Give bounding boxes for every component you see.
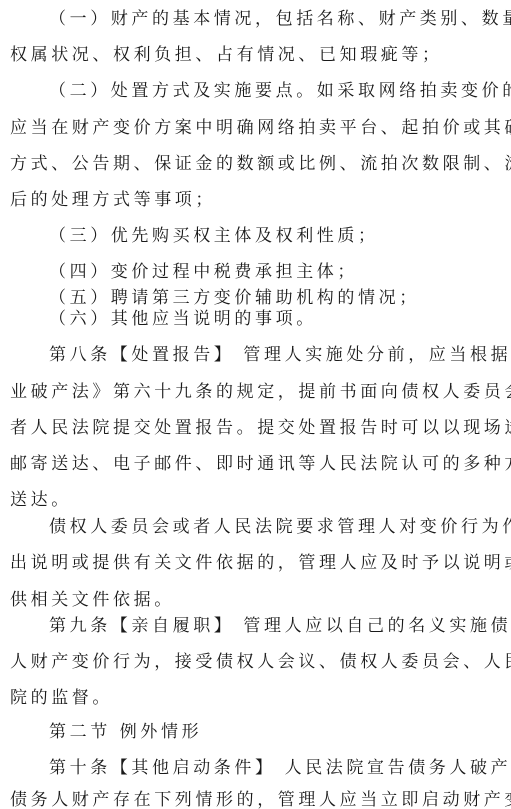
text-line: 应当在财产变价方案中明确网络拍卖平台、起拍价或其确定 xyxy=(10,118,511,138)
text-line: 供相关文件依据。 xyxy=(10,590,175,610)
text-line: 后的处理方式等事项； xyxy=(10,190,216,210)
list-item-3: （三）优先购买权主体及权利性质； xyxy=(49,226,379,246)
article-9-heading: 第九条【亲自履职】 管理人应以自己的名义实施债务 xyxy=(49,616,511,636)
text-line: 权属状况、权利负担、占有情况、已知瑕疵等； xyxy=(10,45,443,65)
text-line: 者人民法院提交处置报告。提交处置报告时可以以现场送达、 xyxy=(10,418,511,438)
text-line: 方式、公告期、保证金的数额或比例、流拍次数限制、流拍 xyxy=(10,154,511,174)
text-line: 人财产变价行为，接受债权人会议、债权人委员会、人民法 xyxy=(10,652,511,672)
article-10-heading: 第十条【其他启动条件】 人民法院宣告债务人破产前， xyxy=(49,758,511,778)
article-8-heading: 第八条【处置报告】 管理人实施处分前，应当根据《企 xyxy=(49,345,511,365)
list-item-5: （五）聘请第三方变价辅助机构的情况； xyxy=(49,288,420,308)
list-item-1: （一）财产的基本情况，包括名称、财产类别、数量、 xyxy=(49,9,511,29)
text-line: 院的监督。 xyxy=(10,688,113,708)
list-item-4: （四）变价过程中税费承担主体； xyxy=(49,262,358,282)
text-line: 送达。 xyxy=(10,490,72,510)
list-item-2: （二）处置方式及实施要点。如采取网络拍卖变价的， xyxy=(49,81,511,101)
text-line: 债务人财产存在下列情形的，管理人应当立即启动财产变价 xyxy=(10,790,511,809)
paragraph-start: 债权人委员会或者人民法院要求管理人对变价行为作 xyxy=(49,517,511,537)
list-item-6: （六）其他应当说明的事项。 xyxy=(49,309,317,329)
text-line: 邮寄送达、电子邮件、即时通讯等人民法院认可的多种方式 xyxy=(10,454,511,474)
text-line: 出说明或提供有关文件依据的，管理人应及时予以说明或提 xyxy=(10,553,511,573)
section-2-heading: 第二节 例外情形 xyxy=(49,722,202,742)
text-line: 业破产法》第六十九条的规定，提前书面向债权人委员会或 xyxy=(10,382,511,402)
